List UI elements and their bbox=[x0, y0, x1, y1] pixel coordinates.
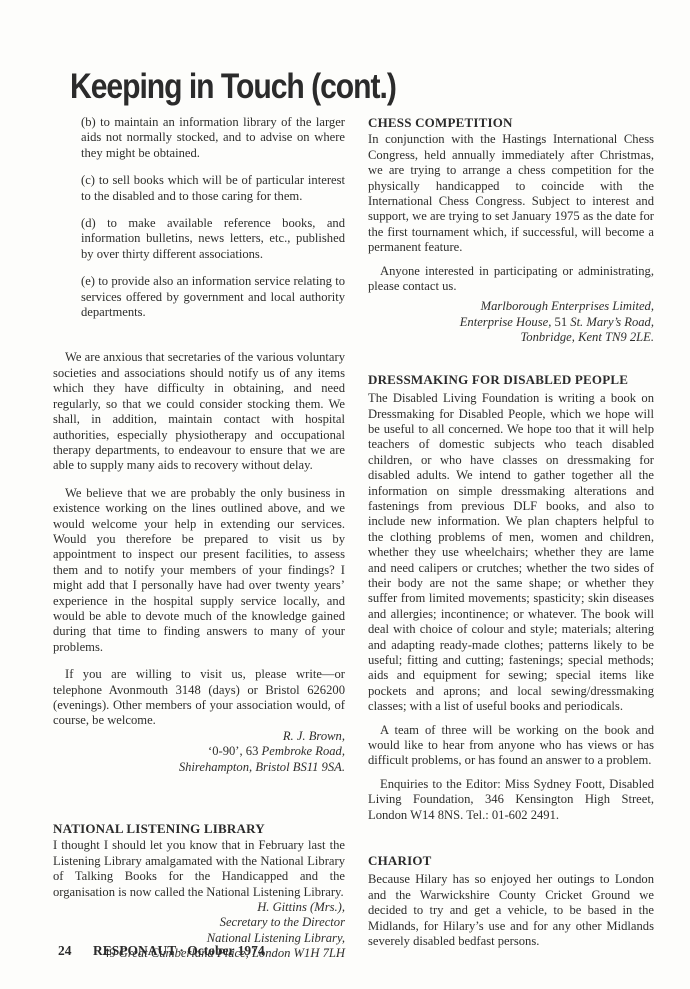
section-dressmaking: DRESSMAKING FOR DISABLED PEOPLE The Disa… bbox=[368, 372, 654, 823]
body-paragraph: Enquiries to the Editor: Miss Sydney Foo… bbox=[368, 777, 654, 823]
body-paragraph: The Disabled Living Foundation is writin… bbox=[368, 391, 654, 715]
signature-address: Shirehampton, Bristol BS11 9SA. bbox=[53, 760, 345, 775]
body-paragraph: Anyone interested in participating or ad… bbox=[368, 264, 654, 295]
page-title: Keeping in Touch (cont.) bbox=[70, 67, 396, 107]
section-heading: NATIONAL LISTENING LIBRARY bbox=[53, 821, 345, 836]
address-number: ‘0-90’, 63 bbox=[208, 744, 262, 758]
signature-text: Enterprise House, bbox=[460, 315, 555, 329]
signature-address: ‘0-90’, 63 Pembroke Road, bbox=[53, 744, 345, 759]
publication-info: RESPONAUT · October 1974 bbox=[93, 943, 265, 958]
list-item: (e) to provide also an information servi… bbox=[53, 274, 345, 320]
page-footer: 24RESPONAUT · October 1974 bbox=[58, 943, 265, 959]
section-heading: DRESSMAKING FOR DISABLED PEOPLE bbox=[368, 372, 654, 387]
signature-name: H. Gittins (Mrs.), bbox=[53, 900, 345, 915]
signature-title: Secretary to the Director bbox=[53, 915, 345, 930]
section-national-listening-library: NATIONAL LISTENING LIBRARY I thought I s… bbox=[53, 821, 345, 962]
left-column: (b) to maintain an information library o… bbox=[53, 115, 345, 962]
body-paragraph: Because Hilary has so enjoyed her outing… bbox=[368, 872, 654, 949]
address-number: 51 bbox=[555, 315, 571, 329]
right-column: CHESS COMPETITION In conjunction with th… bbox=[368, 115, 654, 950]
list-item: (d) to make available reference books, a… bbox=[53, 216, 345, 262]
body-paragraph: We are anxious that secretaries of the v… bbox=[53, 350, 345, 473]
signature-text: St. Mary’s Road, bbox=[570, 315, 654, 329]
list-item: (b) to maintain an information library o… bbox=[53, 115, 345, 161]
signature-name: R. J. Brown, bbox=[53, 729, 345, 744]
section-chess-competition: CHESS COMPETITION In conjunction with th… bbox=[368, 115, 654, 346]
signature-line: Tonbridge, Kent TN9 2LE. bbox=[368, 330, 654, 345]
signature-line: Enterprise House, 51 St. Mary’s Road, bbox=[368, 315, 654, 330]
body-paragraph: In conjunction with the Hastings Interna… bbox=[368, 132, 654, 255]
section-heading: CHESS COMPETITION bbox=[368, 115, 654, 130]
signature-line: Marlborough Enterprises Limited, bbox=[368, 299, 654, 314]
page-number: 24 bbox=[58, 943, 93, 959]
body-paragraph: We believe that we are probably the only… bbox=[53, 486, 345, 655]
section-heading: CHARIOT bbox=[368, 853, 654, 868]
section-chariot: CHARIOT Because Hilary has so enjoyed he… bbox=[368, 853, 654, 949]
body-paragraph: If you are willing to visit us, please w… bbox=[53, 667, 345, 729]
body-paragraph: I thought I should let you know that in … bbox=[53, 838, 345, 900]
body-paragraph: A team of three will be working on the b… bbox=[368, 723, 654, 769]
address-street: Pembroke Road, bbox=[262, 744, 345, 758]
list-item: (c) to sell books which will be of parti… bbox=[53, 173, 345, 204]
